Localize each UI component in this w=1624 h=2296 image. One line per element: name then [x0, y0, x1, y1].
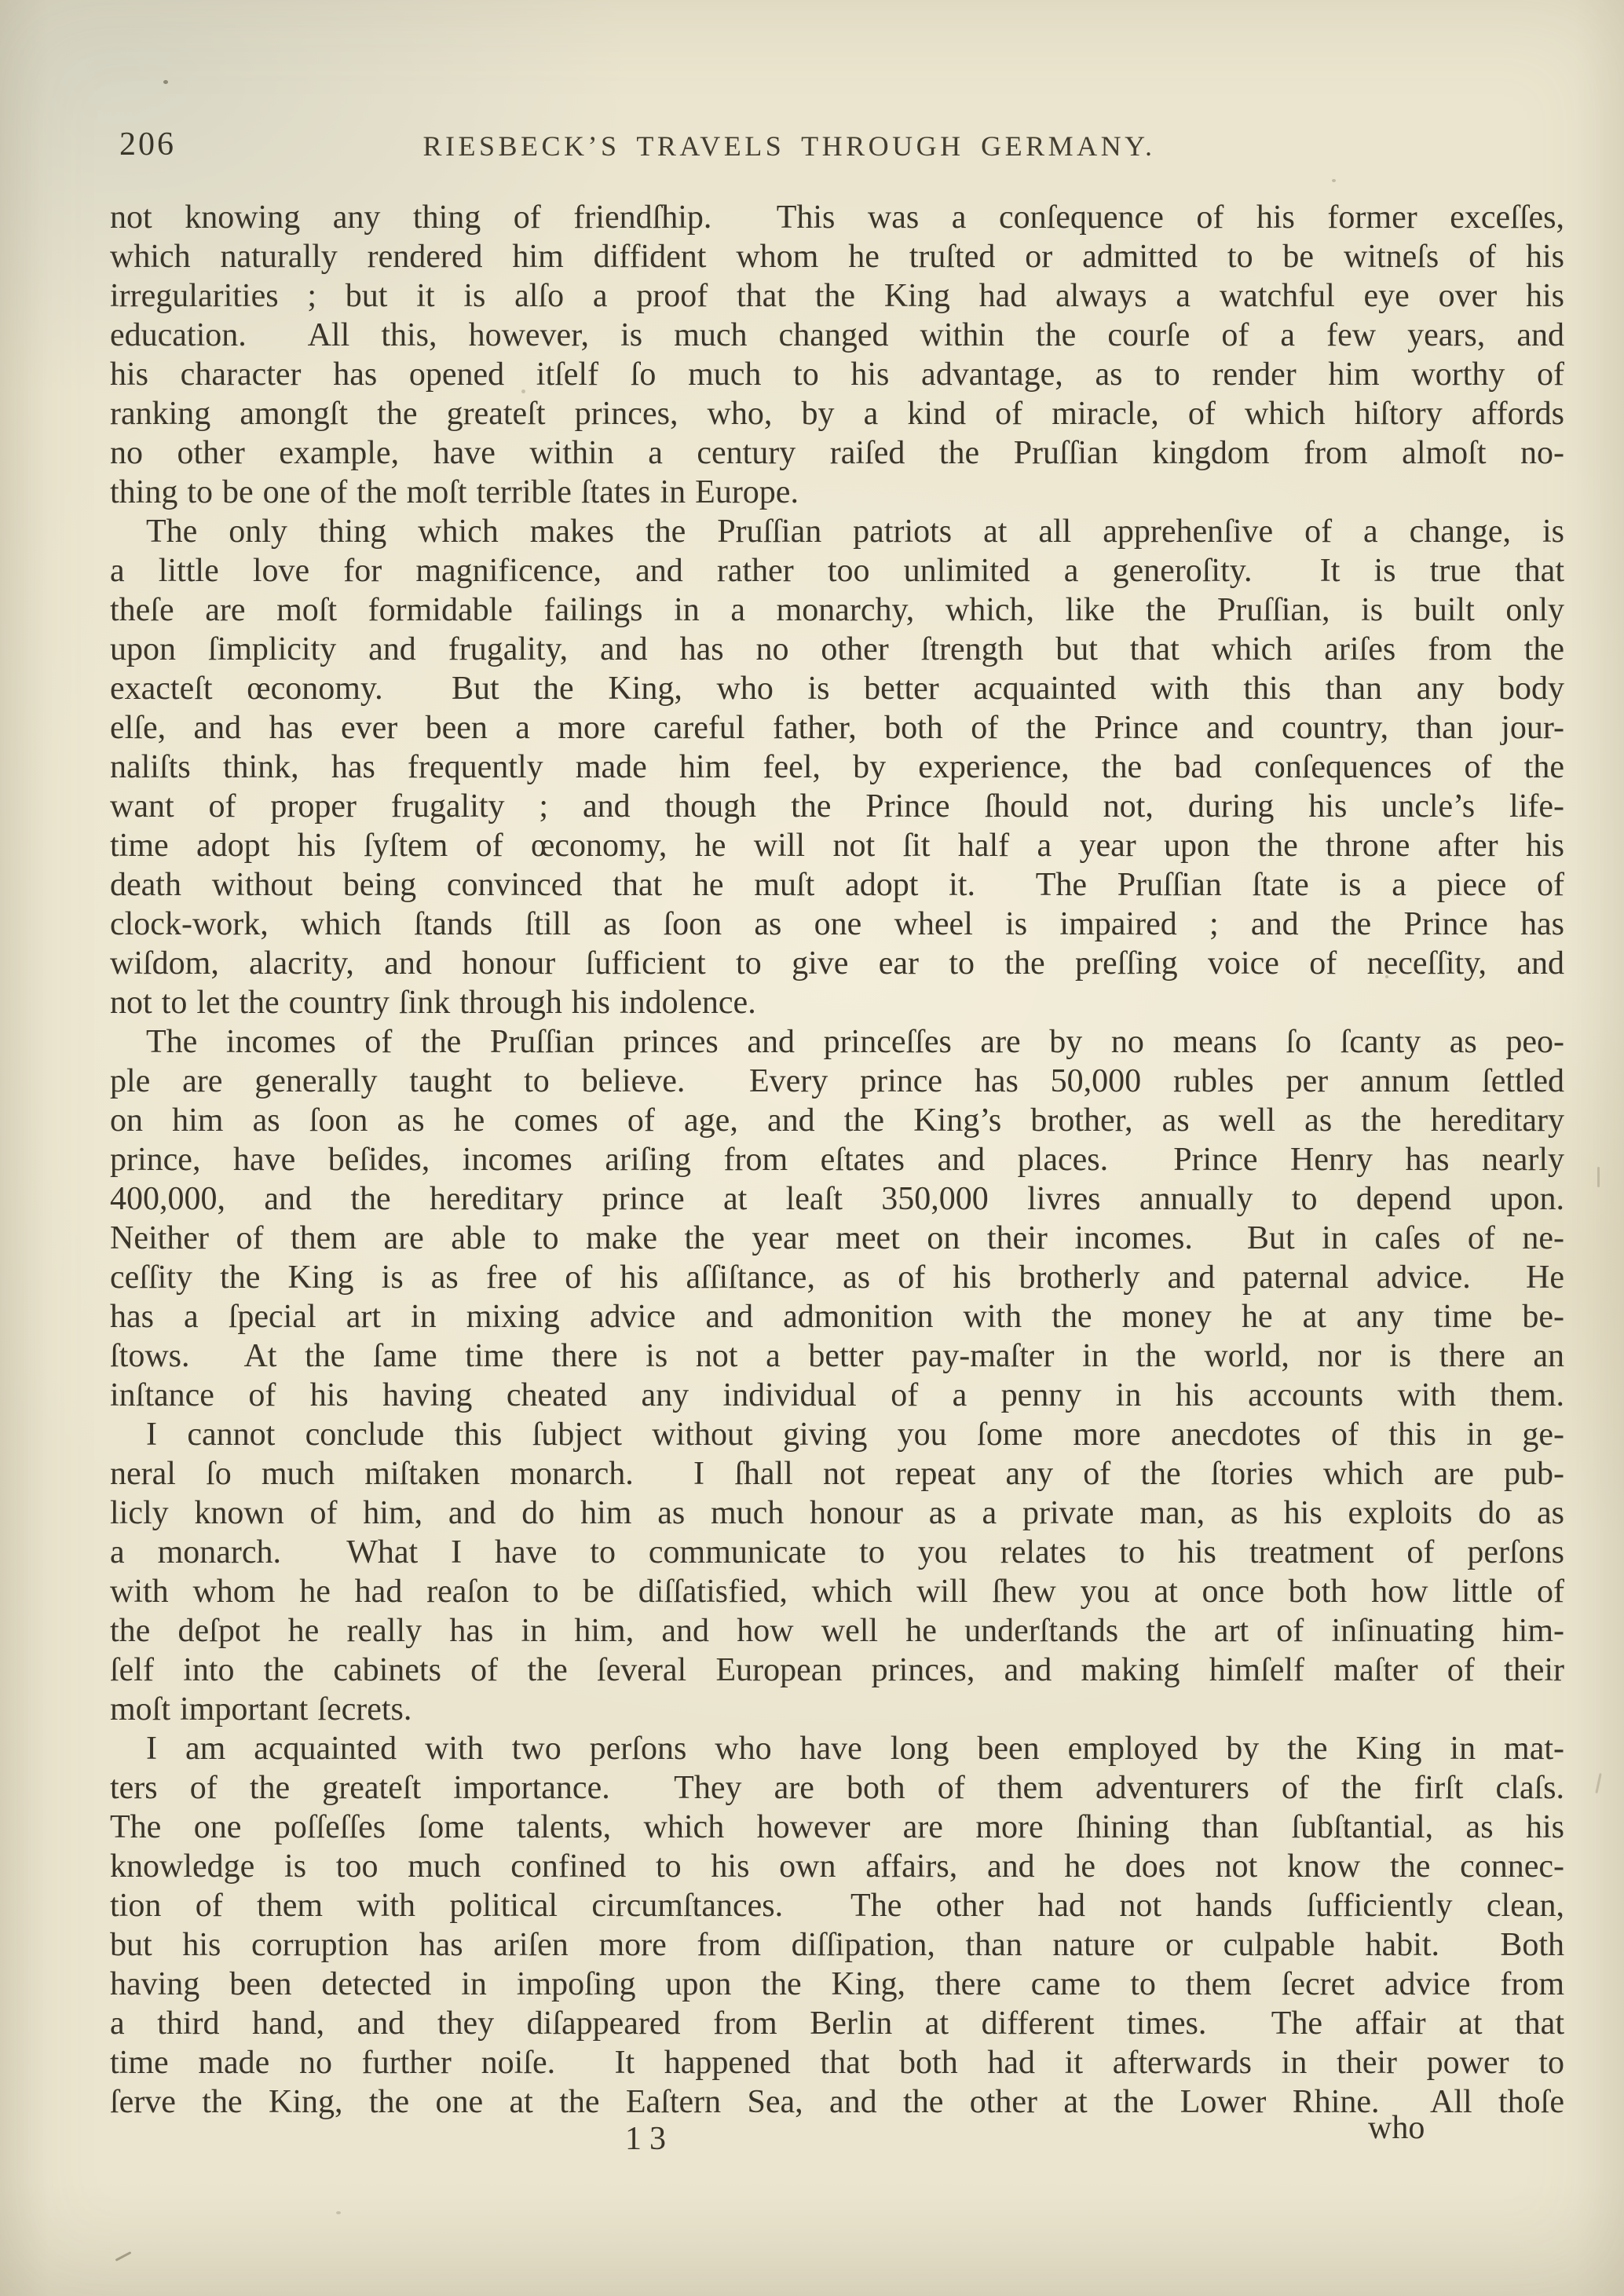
- text-line: ſelf into the cabinets of the ſeveral Eu…: [110, 1651, 1564, 1690]
- text-line: no other example, have within a century …: [110, 433, 1564, 473]
- scanned-book-page: { "page": { "number": "206", "running_ti…: [0, 0, 1624, 2296]
- text-line: clock-work, which ſtands ſtill as ſoon a…: [110, 905, 1564, 944]
- text-line: wiſdom, alacrity, and honour ſufficient …: [110, 944, 1564, 983]
- text-line: irregularities ; but it is alſo a proof …: [110, 276, 1564, 316]
- paragraph: The only thing which makes the Pruſſian …: [110, 512, 1564, 1022]
- text-line: time made no further noiſe. It happened …: [110, 2043, 1564, 2082]
- running-title: RIESBECK’S TRAVELS THROUGH GERMANY.: [110, 129, 1469, 163]
- scan-mark: [115, 2251, 132, 2261]
- text-line: neral ſo much miſtaken monarch. I ſhall …: [110, 1454, 1564, 1493]
- text-line: The only thing which makes the Pruſſian …: [110, 512, 1564, 551]
- paragraph: I am acquainted with two perſons who hav…: [110, 1729, 1564, 2122]
- text-line: a monarch. What I have to communicate to…: [110, 1533, 1564, 1572]
- text-line: prince, have beſides, incomes ariſing fr…: [110, 1140, 1564, 1179]
- text-line: want of proper frugality ; and though th…: [110, 787, 1564, 826]
- text-line: education. All this, however, is much ch…: [110, 316, 1564, 355]
- text-line: I am acquainted with two perſons who hav…: [110, 1729, 1564, 1768]
- text-line: his character has opened itſelf ſo much …: [110, 355, 1564, 394]
- text-line: but his corruption has ariſen more from …: [110, 1925, 1564, 1965]
- text-line: inſtance of his having cheated any indiv…: [110, 1376, 1564, 1415]
- paragraph: I cannot conclude this ſubject without g…: [110, 1415, 1564, 1729]
- text-line: ple are generally taught to believe. Eve…: [110, 1062, 1564, 1101]
- text-line: ranking amongſt the greateſt princes, wh…: [110, 394, 1564, 433]
- text-line: not knowing any thing of friendſhip. Thi…: [110, 198, 1564, 237]
- scan-speck: [163, 80, 168, 84]
- text-line: Neither of them are able to make the yea…: [110, 1219, 1564, 1258]
- text-line: 400,000, and the hereditary prince at le…: [110, 1179, 1564, 1219]
- text-line: ſerve the King, the one at the Eaſtern S…: [110, 2082, 1564, 2122]
- text-line: I cannot conclude this ſubject without g…: [110, 1415, 1564, 1454]
- text-line: elſe, and has ever been a more careful f…: [110, 708, 1564, 748]
- scan-speck: [1332, 179, 1336, 182]
- text-line: exacteſt œconomy. But the King, who is b…: [110, 669, 1564, 708]
- text-block: not knowing any thing of friendſhip. Thi…: [110, 198, 1564, 2122]
- text-line: death without being convinced that he mu…: [110, 865, 1564, 905]
- scan-mark: [1595, 1773, 1601, 1793]
- text-line: upon ſimplicity and frugality, and has n…: [110, 630, 1564, 669]
- signature-mark: 13: [625, 2120, 674, 2158]
- scan-speck: [336, 2211, 341, 2214]
- text-line: moſt important ſecrets.: [110, 1690, 1564, 1729]
- text-line: ceſſity the King is as free of his aſſiſ…: [110, 1258, 1564, 1297]
- text-line: not to let the country ſink through his …: [110, 983, 1564, 1022]
- text-line: ſtows. At the ſame time there is not a b…: [110, 1336, 1564, 1376]
- text-line: The incomes of the Pruſſian princes and …: [110, 1022, 1564, 1062]
- text-line: on him as ſoon as he comes of age, and t…: [110, 1101, 1564, 1140]
- text-line: a third hand, and they diſappeared from …: [110, 2004, 1564, 2043]
- running-head: 206 RIESBECK’S TRAVELS THROUGH GERMANY.: [110, 126, 1564, 165]
- text-line: naliſts think, has frequently made him f…: [110, 748, 1564, 787]
- paragraph: not knowing any thing of friendſhip. Thi…: [110, 198, 1564, 512]
- text-line: time adopt his ſyſtem of œconomy, he wil…: [110, 826, 1564, 865]
- text-line: tion of them with political circumſtance…: [110, 1886, 1564, 1925]
- paragraph: The incomes of the Pruſſian princes and …: [110, 1022, 1564, 1415]
- text-line: theſe are moſt formidable failings in a …: [110, 590, 1564, 630]
- text-line: ters of the greateſt importance. They ar…: [110, 1768, 1564, 1808]
- text-line: the deſpot he really has in him, and how…: [110, 1611, 1564, 1651]
- text-line: The one poſſeſſes ſome talents, which ho…: [110, 1808, 1564, 1847]
- text-line: which naturally rendered him diffident w…: [110, 237, 1564, 276]
- text-line: has a ſpecial art in mixing advice and a…: [110, 1297, 1564, 1336]
- text-line: licly known of him, and do him as much h…: [110, 1493, 1564, 1533]
- text-line: thing to be one of the moſt terrible ſta…: [110, 473, 1564, 512]
- text-line: having been detected in impoſing upon th…: [110, 1965, 1564, 2004]
- text-line: with whom he had reaſon to be diſſatisfi…: [110, 1572, 1564, 1611]
- scan-mark: [1597, 1167, 1600, 1187]
- text-line: a little love for magnificence, and rath…: [110, 551, 1564, 590]
- text-line: knowledge is too much confined to his ow…: [110, 1847, 1564, 1886]
- catchword: who: [1368, 2109, 1425, 2147]
